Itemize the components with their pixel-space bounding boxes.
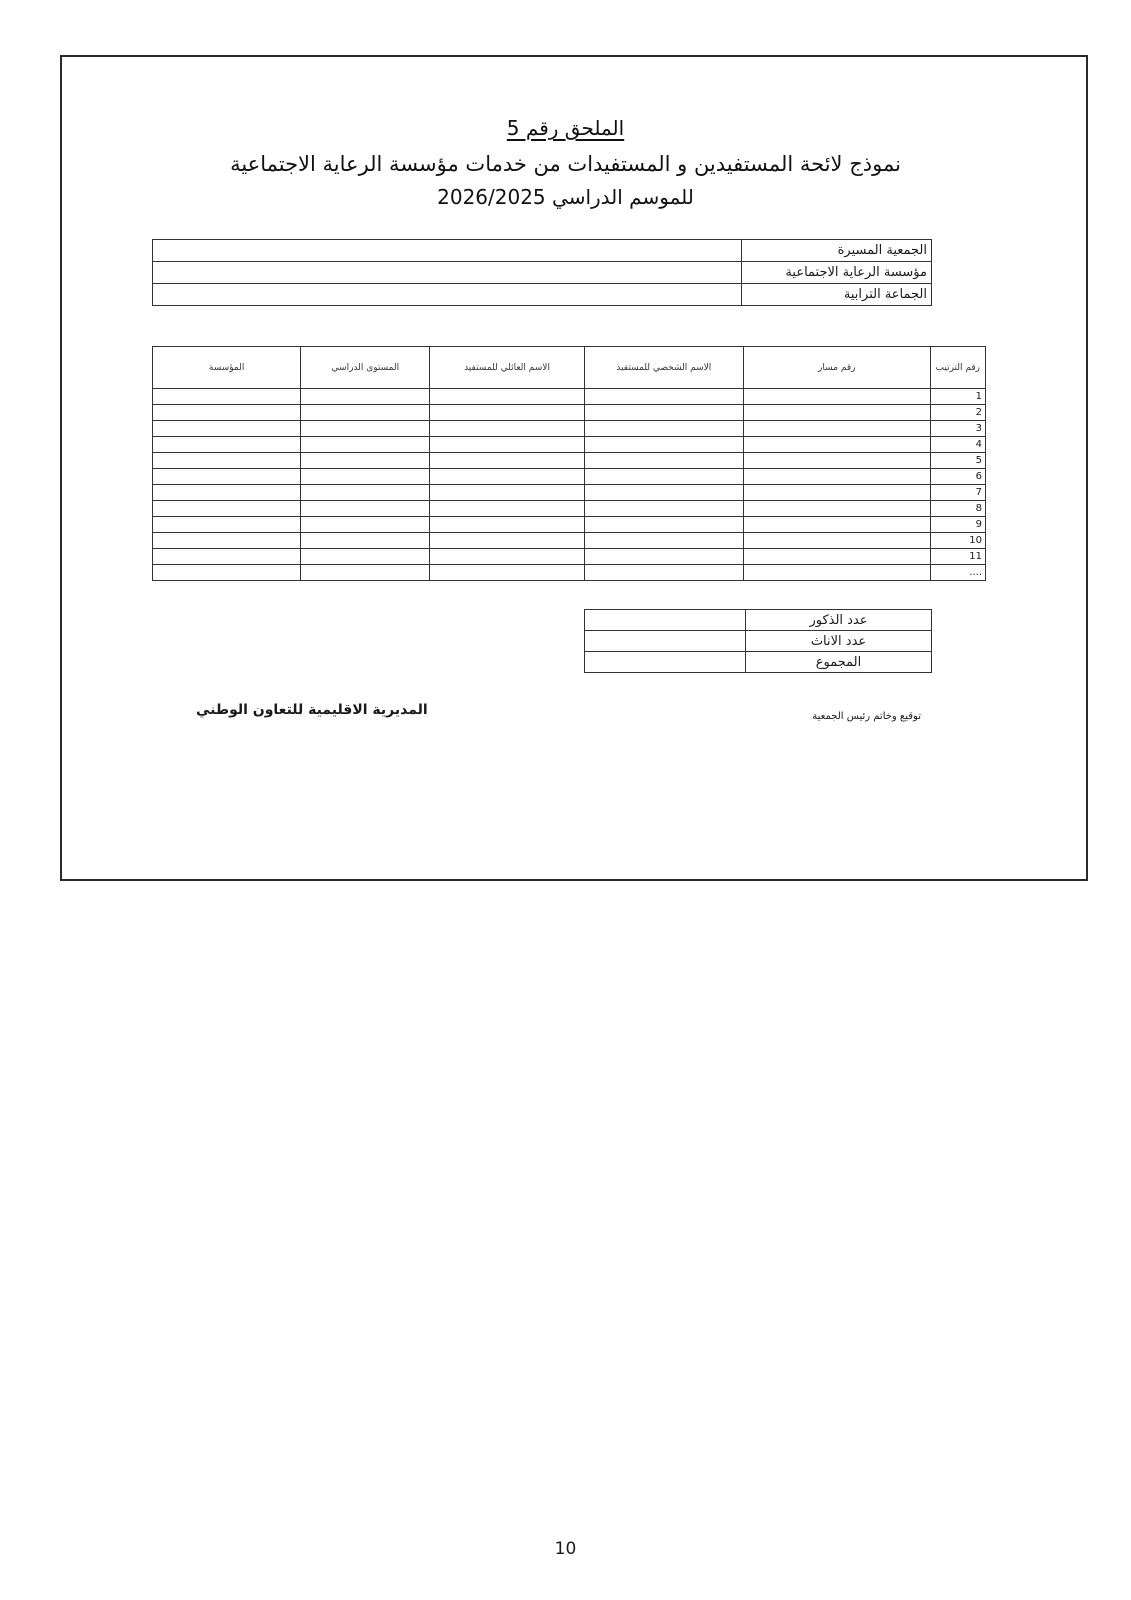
- table-row: 2: [153, 405, 986, 421]
- info-label: الجمعية المسيرة: [742, 240, 932, 262]
- table-row: ....: [153, 565, 986, 581]
- info-row: الجمعية المسيرة: [153, 240, 932, 262]
- table-cell[interactable]: [743, 421, 930, 437]
- table-cell[interactable]: [743, 405, 930, 421]
- table-cell[interactable]: [301, 421, 430, 437]
- table-cell[interactable]: [743, 453, 930, 469]
- table-cell[interactable]: [584, 533, 743, 549]
- table-cell[interactable]: [430, 565, 584, 581]
- table-row: 3: [153, 421, 986, 437]
- table-cell[interactable]: [430, 517, 584, 533]
- table-cell[interactable]: [301, 533, 430, 549]
- totals-table: عدد الذكور عدد الاناث المجموع: [584, 609, 932, 673]
- table-cell[interactable]: [430, 421, 584, 437]
- column-header-first-name: الاسم الشخصي للمستفيد: [584, 347, 743, 389]
- table-cell[interactable]: [153, 437, 301, 453]
- info-value-field[interactable]: [153, 240, 742, 262]
- column-header-order: رقم الترتيب: [930, 347, 985, 389]
- table-row: 7: [153, 485, 986, 501]
- table-row: 5: [153, 453, 986, 469]
- table-cell[interactable]: [153, 501, 301, 517]
- table-cell[interactable]: [153, 565, 301, 581]
- table-cell[interactable]: [301, 405, 430, 421]
- table-cell[interactable]: [153, 517, 301, 533]
- info-label: الجماعة الترابية: [742, 284, 932, 306]
- row-number: 11: [930, 549, 985, 565]
- table-row: 11: [153, 549, 986, 565]
- table-cell[interactable]: [584, 469, 743, 485]
- form-subtitle: نموذج لائحة المستفيدين و المستفيدات من خ…: [0, 152, 1131, 176]
- table-row: 4: [153, 437, 986, 453]
- table-cell[interactable]: [743, 565, 930, 581]
- info-value-field[interactable]: [153, 262, 742, 284]
- table-cell[interactable]: [301, 453, 430, 469]
- table-cell[interactable]: [743, 389, 930, 405]
- row-number: 5: [930, 453, 985, 469]
- table-cell[interactable]: [430, 453, 584, 469]
- table-cell[interactable]: [153, 405, 301, 421]
- table-header-row: رقم الترتيب رقم مسار الاسم الشخصي للمستف…: [153, 347, 986, 389]
- table-row: 10: [153, 533, 986, 549]
- table-cell[interactable]: [301, 517, 430, 533]
- info-label: مؤسسة الرعاية الاجتماعية: [742, 262, 932, 284]
- table-cell[interactable]: [743, 485, 930, 501]
- table-cell[interactable]: [301, 549, 430, 565]
- row-number: ....: [930, 565, 985, 581]
- row-number: 7: [930, 485, 985, 501]
- table-row: 1: [153, 389, 986, 405]
- info-row: مؤسسة الرعاية الاجتماعية: [153, 262, 932, 284]
- table-cell[interactable]: [584, 437, 743, 453]
- table-cell[interactable]: [430, 501, 584, 517]
- table-cell[interactable]: [301, 485, 430, 501]
- table-cell[interactable]: [301, 437, 430, 453]
- info-value-field[interactable]: [153, 284, 742, 306]
- row-number: 6: [930, 469, 985, 485]
- table-cell[interactable]: [430, 389, 584, 405]
- table-cell[interactable]: [584, 453, 743, 469]
- totals-value-field[interactable]: [585, 652, 746, 673]
- row-number: 2: [930, 405, 985, 421]
- totals-row: عدد الاناث: [585, 631, 932, 652]
- table-cell[interactable]: [584, 517, 743, 533]
- table-cell[interactable]: [430, 533, 584, 549]
- table-cell[interactable]: [301, 389, 430, 405]
- table-cell[interactable]: [153, 421, 301, 437]
- row-number: 9: [930, 517, 985, 533]
- table-cell[interactable]: [153, 485, 301, 501]
- table-cell[interactable]: [301, 469, 430, 485]
- table-cell[interactable]: [584, 565, 743, 581]
- annex-title: الملحق رقم 5: [0, 116, 1131, 140]
- table-cell[interactable]: [430, 437, 584, 453]
- table-cell[interactable]: [430, 485, 584, 501]
- row-number: 1: [930, 389, 985, 405]
- table-row: 6: [153, 469, 986, 485]
- row-number: 3: [930, 421, 985, 437]
- column-header-level: المستوى الدراسي: [301, 347, 430, 389]
- table-cell[interactable]: [743, 469, 930, 485]
- column-header-institution: المؤسسة: [153, 347, 301, 389]
- table-cell[interactable]: [153, 453, 301, 469]
- table-cell[interactable]: [430, 469, 584, 485]
- table-cell[interactable]: [743, 533, 930, 549]
- totals-value-field[interactable]: [585, 610, 746, 631]
- totals-label: عدد الاناث: [746, 631, 932, 652]
- table-cell[interactable]: [153, 533, 301, 549]
- table-cell[interactable]: [301, 565, 430, 581]
- table-cell[interactable]: [743, 501, 930, 517]
- school-season: للموسم الدراسي 2026/2025: [0, 185, 1131, 209]
- row-number: 10: [930, 533, 985, 549]
- totals-label: عدد الذكور: [746, 610, 932, 631]
- table-cell[interactable]: [743, 437, 930, 453]
- info-table: الجمعية المسيرة مؤسسة الرعاية الاجتماعية…: [152, 239, 932, 306]
- totals-label: المجموع: [746, 652, 932, 673]
- totals-value-field[interactable]: [585, 631, 746, 652]
- info-row: الجماعة الترابية: [153, 284, 932, 306]
- table-row: 8: [153, 501, 986, 517]
- totals-row: عدد الذكور: [585, 610, 932, 631]
- association-signature-label: توقيع وخاتم رئيس الجمعية: [812, 711, 921, 722]
- table-cell[interactable]: [153, 469, 301, 485]
- table-cell[interactable]: [153, 549, 301, 565]
- table-cell[interactable]: [584, 549, 743, 565]
- table-cell[interactable]: [301, 501, 430, 517]
- table-cell[interactable]: [584, 405, 743, 421]
- table-cell[interactable]: [743, 549, 930, 565]
- row-number: 8: [930, 501, 985, 517]
- table-cell[interactable]: [584, 485, 743, 501]
- table-row: 9: [153, 517, 986, 533]
- table-cell[interactable]: [584, 389, 743, 405]
- table-cell[interactable]: [743, 517, 930, 533]
- column-header-massar: رقم مسار: [743, 347, 930, 389]
- table-cell[interactable]: [430, 549, 584, 565]
- page-number: 10: [0, 1539, 1131, 1559]
- column-header-last-name: الاسم العائلي للمستفيد: [430, 347, 584, 389]
- table-cell[interactable]: [584, 501, 743, 517]
- table-cell[interactable]: [153, 389, 301, 405]
- row-number: 4: [930, 437, 985, 453]
- table-cell[interactable]: [430, 405, 584, 421]
- totals-row: المجموع: [585, 652, 932, 673]
- beneficiaries-table: رقم الترتيب رقم مسار الاسم الشخصي للمستف…: [152, 346, 986, 581]
- table-cell[interactable]: [584, 421, 743, 437]
- directorate-signature-label: المديرية الاقليمية للتعاون الوطني: [196, 702, 428, 718]
